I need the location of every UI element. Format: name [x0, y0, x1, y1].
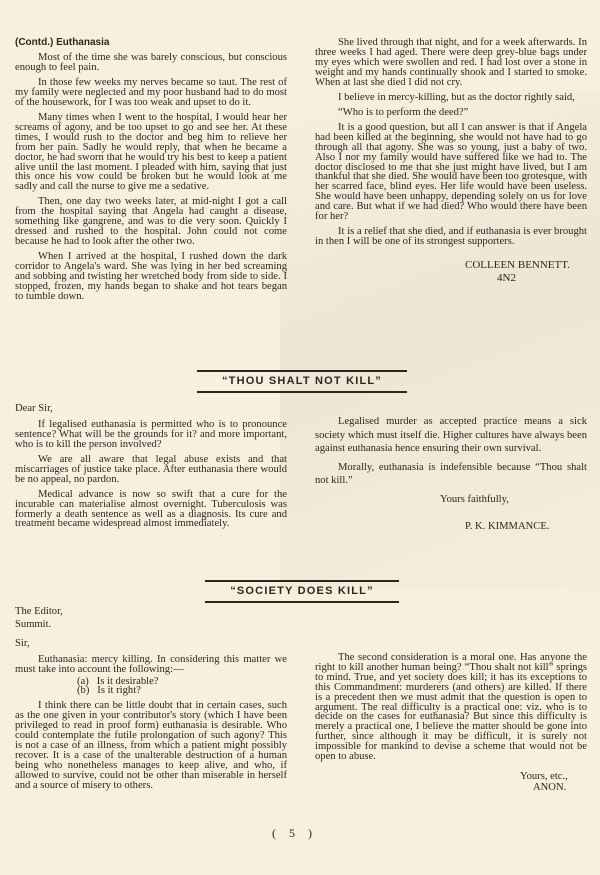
paragraph: Legalised murder as accepted practice me…: [315, 415, 587, 456]
signature: P. K. KIMMANCE.: [315, 520, 587, 534]
signature-name: COLLEEN BENNETT.: [315, 261, 587, 271]
section-title-banner: “THOU SHALT NOT KILL”: [197, 370, 407, 393]
paragraph: She lived through that night, and for a …: [315, 38, 587, 88]
article1-right-column: She lived through that night, and for a …: [315, 38, 587, 289]
article3-left-column: The Editor, Summit. Sir, Euthanasia: mer…: [15, 607, 287, 796]
paragraph: We are all aware that legal abuse exists…: [15, 455, 287, 485]
paragraph: Morally, euthanasia is indefensible beca…: [315, 461, 587, 488]
paragraph: It is a relief that she died, and if eut…: [315, 227, 587, 247]
document-page: (Contd.) Euthanasia Most of the time she…: [0, 0, 600, 875]
closing: Yours, etc.,: [315, 772, 587, 782]
article1-heading: (Contd.) Euthanasia: [15, 38, 287, 48]
paragraph: I think there can be little doubt that i…: [15, 701, 287, 790]
salutation: Dear Sir,: [15, 404, 287, 414]
paragraph: It is a good question, but all I can ans…: [315, 123, 587, 222]
paragraph: Then, one day two weeks later, at mid-ni…: [15, 197, 287, 247]
section-title: “SOCIETY DOES KILL”: [230, 585, 374, 597]
signature-class: 4N2: [315, 274, 587, 284]
article1-left-column: (Contd.) Euthanasia Most of the time she…: [15, 38, 287, 307]
closing: Yours faithfully,: [315, 493, 587, 507]
address-line: The Editor,: [15, 607, 287, 617]
paragraph: When I arrived at the hospital, I rushed…: [15, 252, 287, 302]
signature: ANON.: [315, 783, 587, 793]
paragraph: Euthanasia: mercy killing. In considerin…: [15, 655, 287, 675]
paragraph: The second consideration is a moral one.…: [315, 653, 587, 762]
address-line: Summit.: [15, 620, 287, 630]
paragraph: If legalised euthanasia is permitted who…: [15, 420, 287, 450]
paragraph: Most of the time she was barely consciou…: [15, 53, 287, 73]
paragraph: I believe in mercy-killing, but as the d…: [315, 93, 587, 103]
paragraph: In those few weeks my nerves became so t…: [15, 78, 287, 108]
paragraph: Medical advance is now so swift that a c…: [15, 490, 287, 530]
section-title: “THOU SHALT NOT KILL”: [222, 375, 382, 387]
article3-right-column: The second consideration is a moral one.…: [315, 653, 587, 798]
quote: “Who is to perform the deed?”: [315, 108, 587, 118]
salutation: Sir,: [15, 639, 287, 649]
page-number: ( 5 ): [272, 826, 312, 841]
section-title-banner: “SOCIETY DOES KILL”: [205, 580, 399, 603]
list-item: (b) Is it right?: [15, 686, 287, 696]
paragraph: Many times when I went to the hospital, …: [15, 113, 287, 192]
list-item: (a) Is it desirable?: [15, 677, 287, 687]
article2-left-column: Dear Sir, If legalised euthanasia is per…: [15, 404, 287, 535]
article2-right-column: Legalised murder as accepted practice me…: [315, 415, 587, 539]
